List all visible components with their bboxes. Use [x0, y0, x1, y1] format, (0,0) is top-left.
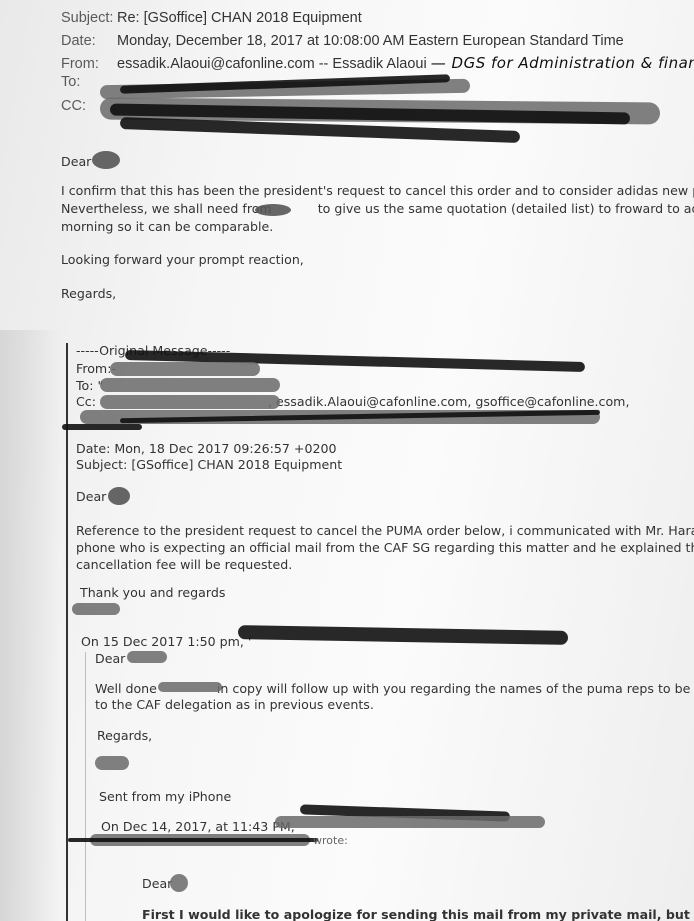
- quote2-line-1: First I would like to apologize for send…: [142, 906, 694, 921]
- redaction-quote2-sender-2: [275, 816, 545, 828]
- original-body-line-1: Reference to the president request to ca…: [76, 522, 694, 540]
- redaction-name: [170, 874, 188, 892]
- redaction-stroke: [68, 838, 318, 842]
- quote1-header: On 15 Dec 2017 1:50 pm, ': [81, 633, 251, 651]
- original-body-line-3: cancellation fee will be requested.: [76, 556, 292, 574]
- redaction-name: [127, 651, 167, 663]
- redaction-quote1-sender: [238, 625, 568, 645]
- quote1-line-2: to the CAF delegation as in previous eve…: [95, 696, 374, 714]
- original-subject: Subject: [GSoffice] CHAN 2018 Equipment: [76, 456, 342, 474]
- quote2-greeting: Dear: [142, 875, 172, 893]
- quote1-sent-from: Sent from my iPhone: [99, 788, 231, 806]
- reply-body-line-1: I confirm that this has been the preside…: [61, 182, 694, 200]
- original-body-line-2: phone who is expecting an official mail …: [76, 539, 694, 557]
- redaction-name: [255, 204, 291, 216]
- reply-body-line-2: Nevertheless, we shall need from to give…: [61, 200, 694, 218]
- redaction-signature: [95, 756, 129, 770]
- date-label: Date:: [61, 33, 117, 49]
- body-text: to give us the same quotation (detailed …: [318, 201, 694, 216]
- redaction-cc: [100, 395, 280, 409]
- quote-bar-inner: [85, 652, 86, 921]
- subject-value: Re: [GSoffice] CHAN 2018 Equipment: [117, 10, 362, 26]
- reply-from-row: From:essadik.Alaoui@cafonline.com -- Ess…: [61, 54, 694, 72]
- from-value: essadik.Alaoui@cafonline.com -- Essadik …: [117, 56, 427, 72]
- redaction-name: [158, 682, 222, 692]
- original-greeting: Dear: [76, 488, 106, 506]
- cc-label: Cc:: [76, 394, 96, 409]
- body-text: in copy will follow up with you regardin…: [217, 681, 694, 696]
- redaction-stroke: [62, 424, 142, 430]
- quote1-signoff: Regards,: [97, 727, 152, 745]
- quote2-header-tail: wrote:: [313, 832, 348, 850]
- redaction-from-2: [110, 362, 260, 376]
- reply-body-line-3: morning so it can be comparable.: [61, 218, 273, 236]
- greeting-text: Dear: [61, 154, 91, 169]
- redaction-name: [108, 487, 130, 505]
- cc-addresses: , essadik.Alaoui@cafonline.com, gsoffice…: [268, 394, 630, 409]
- redaction-signature: [72, 603, 120, 615]
- reply-greeting: Dear: [61, 153, 91, 171]
- reply-closing: Looking forward your prompt reaction,: [61, 251, 304, 269]
- reply-date-row: Date:Monday, December 18, 2017 at 10:08:…: [61, 33, 624, 49]
- from-label: From:: [61, 56, 117, 72]
- handwritten-note: — DGS for Administration & finance: [431, 54, 694, 72]
- body-text: Well done: [95, 681, 157, 696]
- date-value: Monday, December 18, 2017 at 10:08:00 AM…: [117, 33, 624, 49]
- paper-shadow: [0, 330, 60, 921]
- quote1-greeting: Dear: [95, 650, 125, 668]
- original-signoff: Thank you and regards: [80, 584, 225, 602]
- body-text: Nevertheless, we shall need from: [61, 201, 272, 216]
- subject-label: Subject:: [61, 10, 117, 26]
- redaction-name: [92, 151, 120, 169]
- reply-subject-row: Subject:Re: [GSoffice] CHAN 2018 Equipme…: [61, 10, 362, 26]
- redaction-to: [100, 378, 280, 392]
- reply-signoff: Regards,: [61, 285, 116, 303]
